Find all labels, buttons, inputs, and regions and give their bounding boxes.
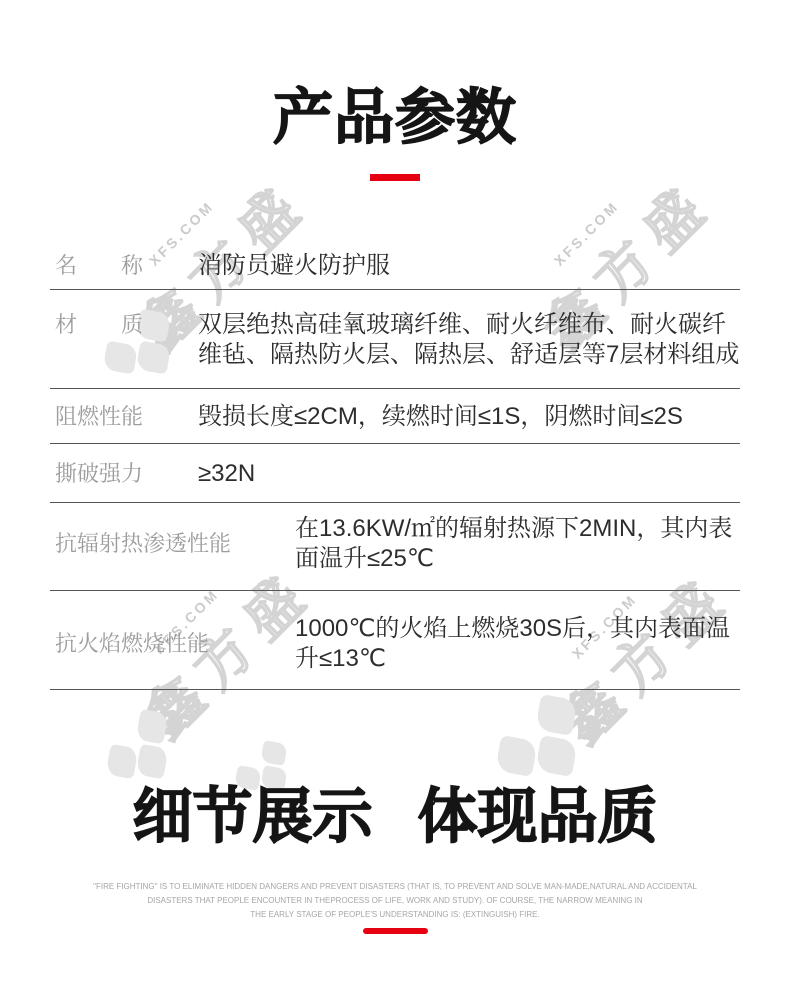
details-section-heading: 细节展示体现品质 [0, 786, 790, 848]
page-content: 产品参数 名称消防员避火防护服材质双层绝热高硅氧玻璃纤维、耐火纤维布、耐火碳纤维… [0, 0, 790, 934]
spec-row: 名称消防员避火防护服 [50, 240, 740, 290]
spec-label: 阻燃性能 [50, 402, 198, 432]
details-description-line: DISASTERS THAT PEOPLE ENCOUNTER IN THEPR… [0, 894, 790, 908]
spec-row: 材质双层绝热高硅氧玻璃纤维、耐火纤维布、耐火碳纤维毡、隔热防火层、隔热层、舒适层… [50, 290, 740, 389]
spec-label: 抗辐射热渗透性能 [50, 529, 295, 559]
spec-row: 抗辐射热渗透性能在13.6KW/㎡的辐射热源下2MIN，其内表面温升≤25℃ [50, 503, 740, 591]
spec-label-char: 称 [121, 251, 143, 281]
spec-label: 撕破强力 [50, 459, 198, 489]
details-description: "FIRE FIGHTING" IS TO ELIMINATE HIDDEN D… [0, 880, 790, 922]
details-description-line: "FIRE FIGHTING" IS TO ELIMINATE HIDDEN D… [0, 880, 790, 894]
product-detail-page: XFS.COM 鑫方盛 XFS.COM 鑫方盛 XFS.COM 鑫方盛 XFS.… [0, 0, 790, 983]
page-title: 产品参数 [0, 0, 790, 150]
spec-value: 毁损长度≤2CM，续燃时间≤1S，阴燃时间≤2S [198, 402, 740, 432]
spec-value: ≥32N [198, 459, 740, 489]
spec-row: 阻燃性能毁损长度≤2CM，续燃时间≤1S，阴燃时间≤2S [50, 389, 740, 444]
section-divider-brush [363, 928, 428, 934]
spec-value: 消防员避火防护服 [198, 251, 740, 281]
spec-label-char: 质 [121, 310, 143, 340]
spec-value: 1000℃的火焰上燃烧30S后，其内表面温升≤13℃ [295, 614, 740, 674]
spec-row: 抗火焰燃烧性能1000℃的火焰上燃烧30S后，其内表面温升≤13℃ [50, 591, 740, 690]
spec-row: 撕破强力≥32N [50, 444, 740, 503]
details-heading-right: 体现品质 [418, 783, 658, 850]
spec-label-char: 材 [55, 310, 77, 340]
spec-label: 抗火焰燃烧性能 [50, 629, 295, 659]
spec-value: 在13.6KW/㎡的辐射热源下2MIN，其内表面温升≤25℃ [295, 514, 740, 574]
spec-label: 材质 [50, 310, 198, 340]
spec-value: 双层绝热高硅氧玻璃纤维、耐火纤维布、耐火碳纤维毡、隔热防火层、隔热层、舒适层等7… [198, 310, 740, 370]
spec-table: 名称消防员避火防护服材质双层绝热高硅氧玻璃纤维、耐火纤维布、耐火碳纤维毡、隔热防… [50, 240, 740, 690]
spec-label: 名称 [50, 251, 198, 281]
spec-label-char: 名 [55, 251, 77, 281]
details-heading-left: 细节展示 [133, 783, 373, 850]
title-accent-bar [370, 174, 420, 181]
details-description-line: THE EARLY STAGE OF PEOPLE'S UNDERSTANDIN… [0, 908, 790, 922]
